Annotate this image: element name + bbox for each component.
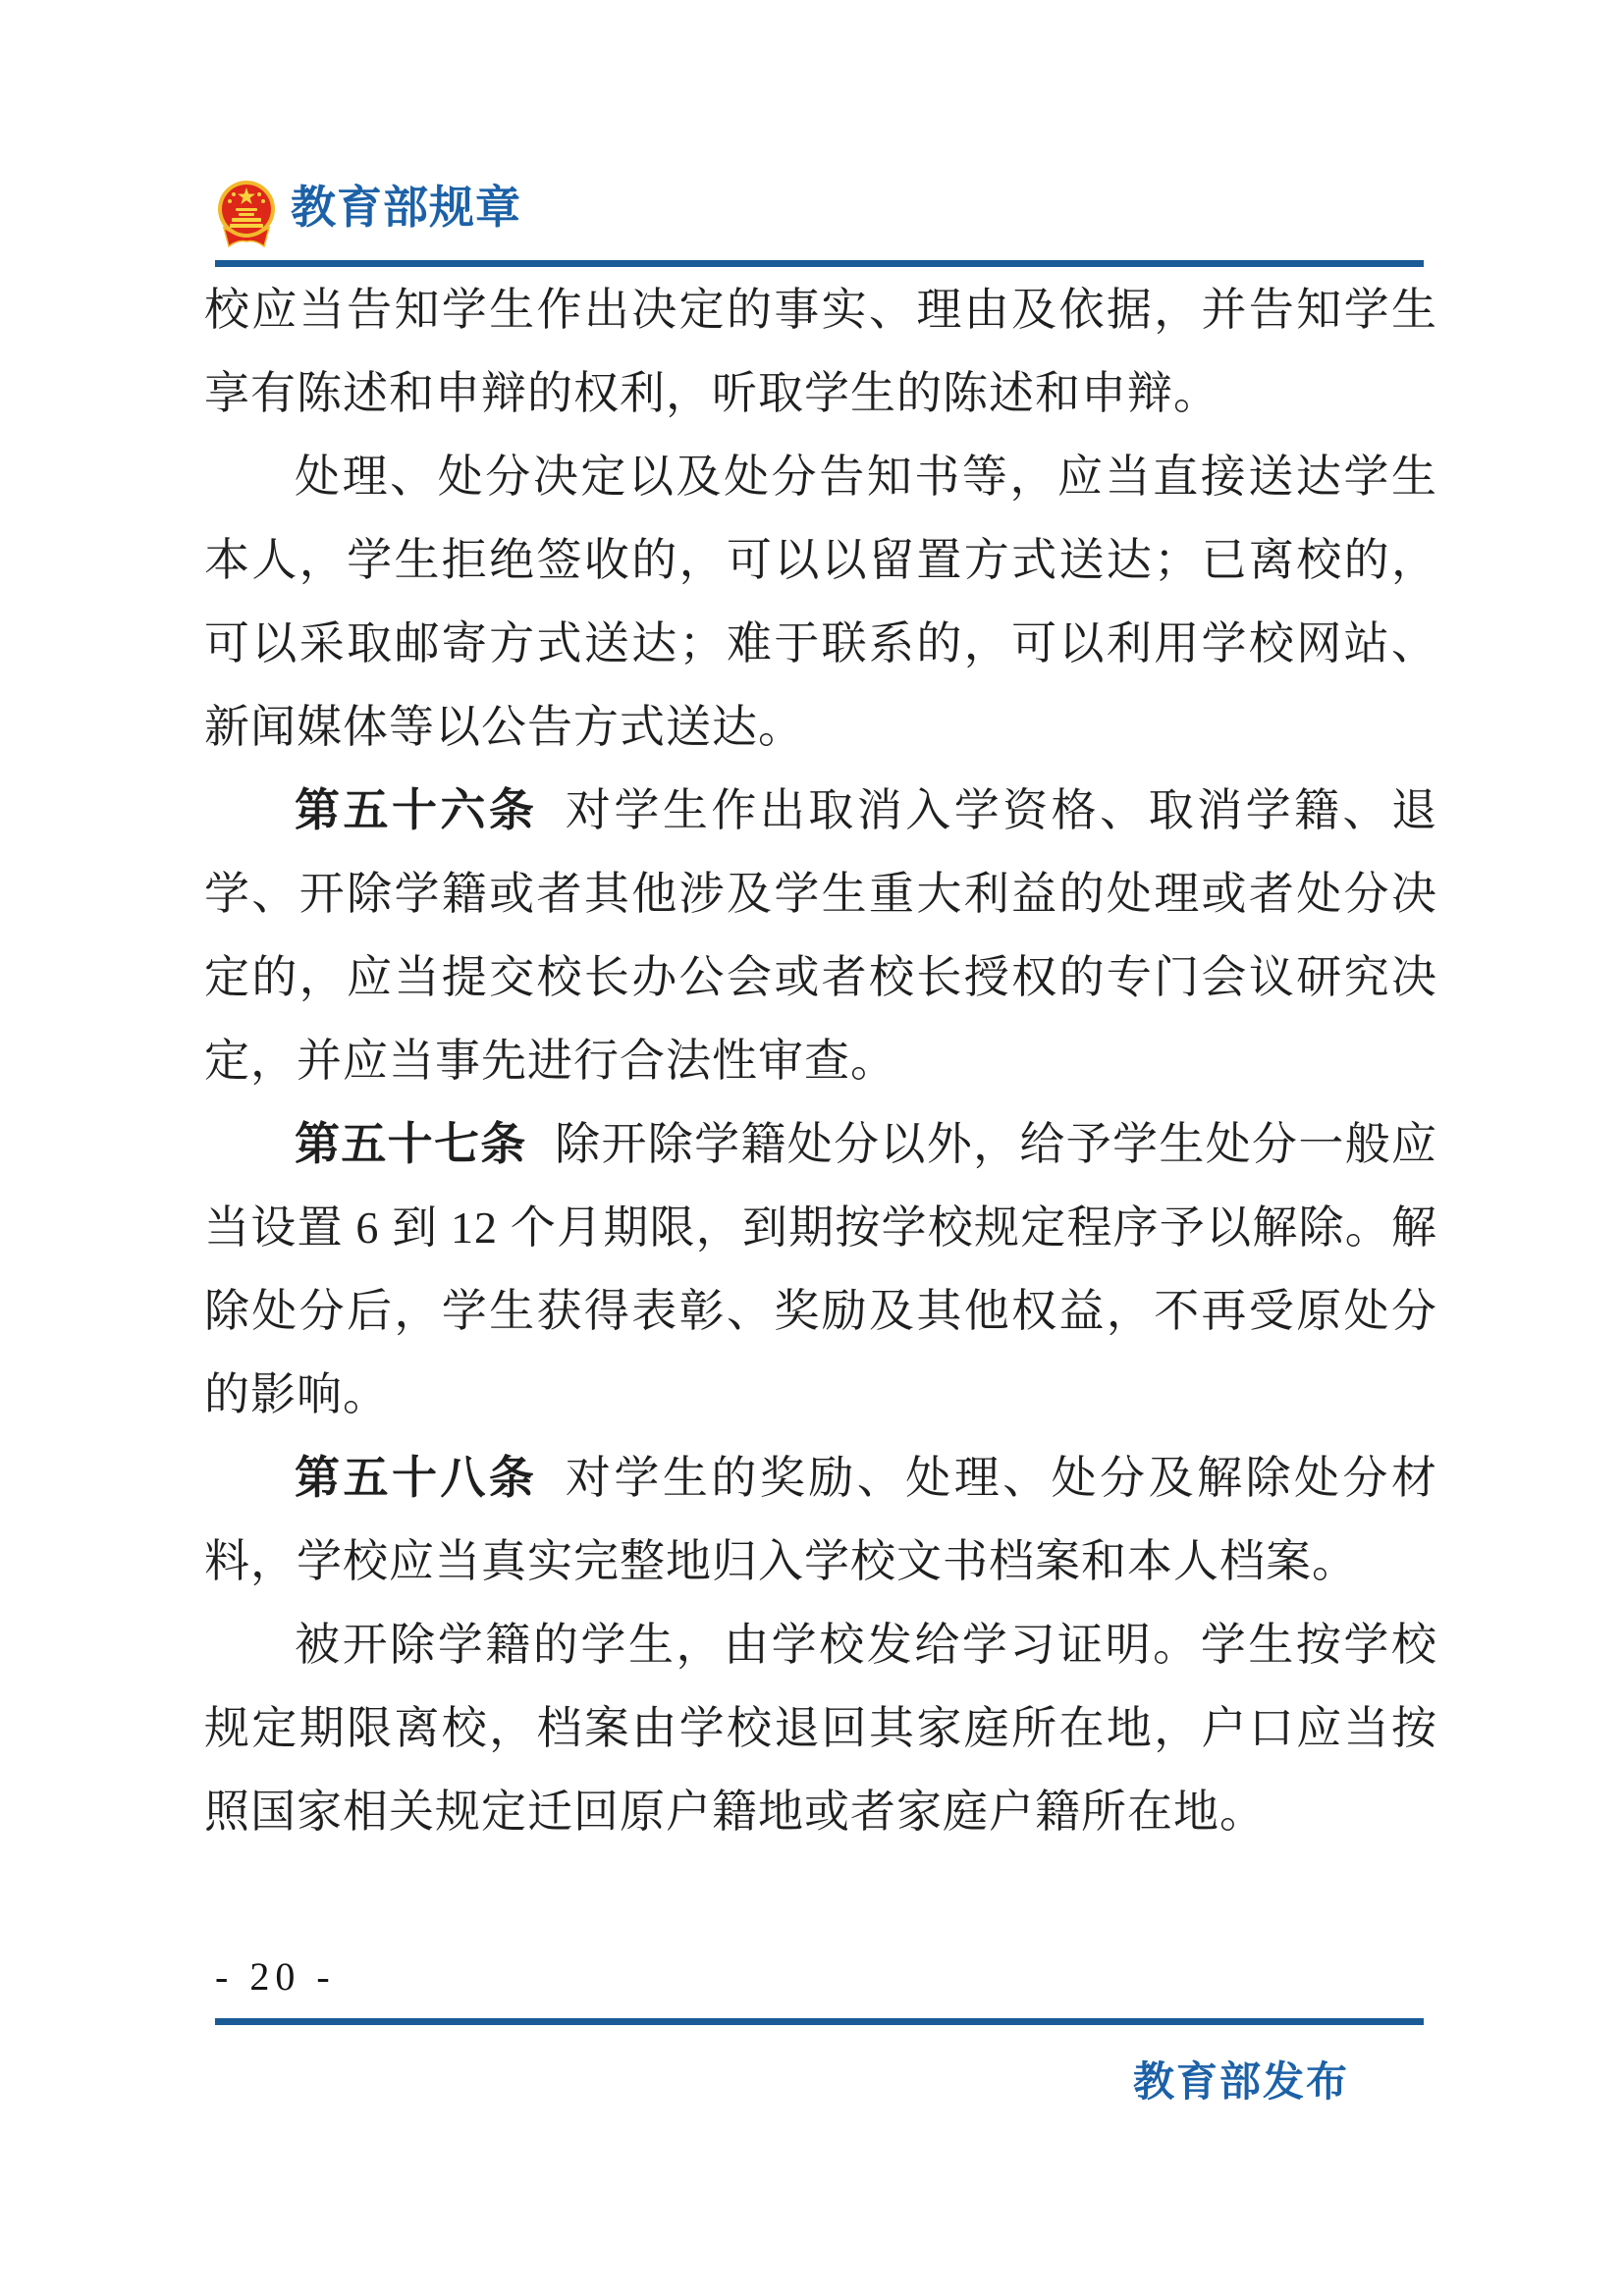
footer-publisher: 教育部发布 <box>1133 2059 1349 2107</box>
page-title: 教育部规章 <box>291 183 521 234</box>
national-emblem-icon <box>216 179 277 249</box>
article-number-57: 第五十七条 <box>295 1118 527 1169</box>
paragraph-article-58: 第五十八条对学生的奖励、处理、处分及解除处分材料，学校应当真实完整地归入学校文书… <box>204 1436 1437 1603</box>
paragraph-continuation: 校应当告知学生作出决定的事实、理由及依据，并告知学生享有陈述和申辩的权利，听取学… <box>204 268 1437 435</box>
paragraph-article-56: 第五十六条对学生作出取消入学资格、取消学籍、退学、开除学籍或者其他涉及学生重大利… <box>204 769 1437 1102</box>
paragraph: 被开除学籍的学生，由学校发给学习证明。学生按学校规定期限离校，档案由学校退回其家… <box>204 1603 1437 1853</box>
document-body: 校应当告知学生作出决定的事实、理由及依据，并告知学生享有陈述和申辩的权利，听取学… <box>204 268 1437 1853</box>
footer-divider <box>215 2018 1424 2025</box>
paragraph: 处理、处分决定以及处分告知书等，应当直接送达学生本人，学生拒绝签收的，可以以留置… <box>204 435 1437 769</box>
header-divider <box>215 260 1424 267</box>
document-page: 教育部规章 校应当告知学生作出决定的事实、理由及依据，并告知学生享有陈述和申辩的… <box>0 0 1624 2296</box>
article-number-58: 第五十八条 <box>295 1452 537 1503</box>
page-number: - 20 - <box>215 1955 336 1999</box>
paragraph-article-57: 第五十七条除开除学籍处分以外，给予学生处分一般应当设置 6 到 12 个月期限，… <box>204 1102 1437 1436</box>
article-number-56: 第五十六条 <box>295 784 537 835</box>
